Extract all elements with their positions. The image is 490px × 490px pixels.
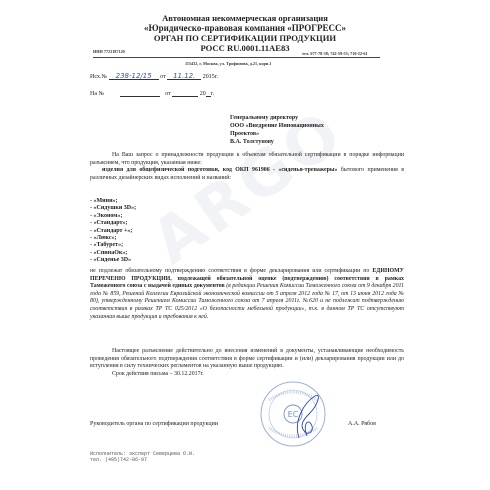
- official-stamp-icon: ЕС: [259, 380, 327, 448]
- list-item: - «Сиденье 3D»: [90, 257, 136, 264]
- addressee-company: ООО «Внедрение Инновационных: [230, 122, 324, 130]
- conclusion-text: не подлежат обязательному подтверждению …: [90, 268, 372, 274]
- list-item: - «СпинаОк»;: [90, 250, 136, 257]
- in-date-label: от: [165, 91, 171, 97]
- list-item: - «Стандарт +»;: [90, 228, 136, 235]
- org-address: 115432, г. Москва, ул. Трофимова, д.21, …: [185, 61, 271, 66]
- svg-text:ЕС: ЕС: [288, 410, 299, 419]
- product-list: - «Мини»; - «Сидушки 3D»; - «Эконом»; - …: [90, 198, 136, 265]
- letter-page: ARGO Автономная некоммерческая организац…: [0, 0, 490, 490]
- inn-number: ИНН 7723187120: [93, 49, 125, 54]
- in-label: На №: [90, 91, 104, 97]
- addressee-position: Генеральному директору: [230, 114, 324, 122]
- out-number: 238-12/15: [116, 72, 152, 80]
- list-item: - «Сидушки 3D»;: [90, 205, 136, 212]
- intro-paragraph: На Ваш запрос о принадлежности продукции…: [90, 152, 404, 182]
- addressee-name: В.А. Толстунову: [230, 138, 324, 146]
- out-year: 2015г.: [203, 74, 218, 80]
- conclusion-paragraph: не подлежат обязательному подтверждению …: [90, 268, 404, 321]
- product-description: изделия для общефизической подготовки, к…: [102, 167, 337, 173]
- validity-date: Срок действия письма – 30.12.2017г.: [90, 371, 404, 379]
- outgoing-ref: Исх.№ 238-12/15 от 11.12. 2015г.: [90, 72, 218, 80]
- org-accreditation: РОСС RU.0001.11АЕ83: [0, 43, 490, 53]
- addressee-block: Генеральному директору ООО «Внедрение Ин…: [230, 114, 324, 146]
- addressee-company-cont: Проектов»: [230, 130, 324, 138]
- executor-block: Исполнитель: эксперт Северцева О.И. тел.…: [90, 451, 195, 463]
- intro-text: На Ваш запрос о принадлежности продукции…: [90, 152, 404, 167]
- incoming-ref: На № от 20г.: [90, 89, 214, 97]
- executor-phone: тел. (495)742-86-97: [90, 457, 195, 463]
- validity-text: Настоящее разъяснение действительно до в…: [90, 348, 404, 371]
- phone-numbers: тел. 677-78-38; 742-59-55; 710-22-61: [302, 51, 368, 56]
- header-divider: [93, 57, 380, 58]
- validity-paragraph: Настоящее разъяснение действительно до в…: [90, 348, 404, 378]
- signer-name: А.А. Рябов: [348, 421, 376, 427]
- org-body: ОРГАН ПО СЕРТИФИКАЦИИ ПРОДУКЦИИ: [0, 33, 490, 43]
- list-item: - «Эконом»;: [90, 213, 136, 220]
- list-item: - «Табурет»;: [90, 242, 136, 249]
- org-type: Автономная некоммерческая организация: [0, 13, 490, 23]
- out-date: 11.12.: [173, 72, 195, 80]
- list-item: - «Стандарт»;: [90, 220, 136, 227]
- list-item: - «Мини»;: [90, 198, 136, 205]
- out-label: Исх.№: [90, 74, 107, 80]
- out-date-label: от: [160, 74, 166, 80]
- in-year-suffix: г.: [211, 91, 214, 97]
- signer-position: Руководитель органа по сертификации прод…: [90, 421, 218, 427]
- org-name: «Юридическо-правовая компания «ПРОГРЕСС»: [0, 23, 490, 33]
